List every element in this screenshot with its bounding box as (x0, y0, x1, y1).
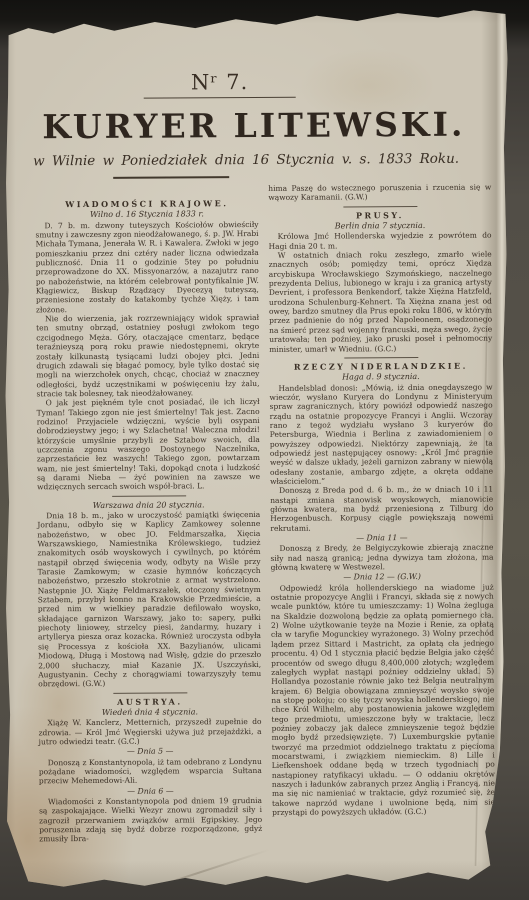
newspaper-title: KURYER LITEWSKI. (3, 104, 507, 146)
masthead: Nʳ 7. KURYER LITEWSKI. w Wilnie w Ponied… (3, 68, 507, 179)
issue-number: Nʳ 7. (3, 69, 473, 96)
article-dateline: Wiedeń dnia 4 stycznia. (38, 707, 261, 718)
article-paragraph: W ostatnich dniach roku zeszłego, zmarło… (269, 250, 493, 354)
article-paragraph: Donoszą z Konstantynopola, iż tam odebra… (39, 757, 262, 786)
article-paragraph: Handelsblad donosi: „Mówią, iż dnia oneg… (269, 382, 493, 486)
newspaper-page: Nʳ 7. KURYER LITEWSKI. w Wilnie w Ponied… (3, 6, 509, 892)
article-paragraph: Xiążę W. Kanclerz, Metternich, przyszedł… (39, 717, 262, 746)
article-paragraph: Donoszą z Breda pod d. 6 b. m., że w dni… (270, 485, 493, 533)
article-paragraph: D. 7 b. m. dzwony tuteyszych Kościołów o… (35, 220, 259, 315)
article-dateline: Warszawa dnia 20 stycznia. (37, 500, 260, 511)
section-heading: RZECZY NIDERLANDZKIE. (269, 361, 492, 372)
section-heading: PRUSY. (268, 210, 491, 221)
article-columns: WIADOMOŚCI KRAJOWE.Wilno d. 16 Stycznia … (3, 176, 509, 875)
section-divider (112, 495, 186, 496)
left-column: WIADOMOŚCI KRAJOWE.Wilno d. 16 Stycznia … (35, 184, 262, 875)
section-divider (344, 357, 418, 358)
section-divider (113, 692, 187, 693)
section-divider (343, 206, 417, 207)
article-paragraph: Odpowiedź króla hollenderskiego na wiado… (271, 582, 495, 817)
day-subheading: — Dnia 11 — (270, 533, 493, 544)
section-heading: WIADOMOŚCI KRAJOWE. (35, 199, 258, 210)
article-paragraph: Nie do wierzenia, jak rozrzewniający wid… (36, 313, 260, 398)
section-heading: AUSTRYA. (38, 697, 261, 708)
article-paragraph: Donoszą z Bredy, że Belgiyczykowie zbier… (270, 543, 493, 572)
article-paragraph: Wiadomości z Konstantynopola pod dniem 1… (39, 796, 262, 844)
article-paragraph: O jak jest piękném tyle cnot posiadać, i… (37, 397, 261, 492)
article-dateline: Wilno d. 16 Stycznia 1833 r. (35, 209, 258, 220)
day-subheading: — Dnia 12 — (G.W.) (271, 572, 494, 583)
day-subheading: — Dnia 5 — (39, 746, 262, 757)
publication-dateline: w Wilnie w Poniedziałek dnia 16 Stycznia… (3, 151, 499, 170)
article-paragraph: Dnia 18 b. m., jako w uroczystość pamiąt… (37, 510, 261, 689)
issue-divider (144, 97, 296, 99)
article-dateline: Haga d. 9 stycznia. (269, 372, 492, 383)
right-column: hima Paszę do wstecznego poruszenia i rz… (268, 183, 495, 874)
article-dateline: Berlin dnia 7 stycznia. (268, 221, 491, 232)
article-paragraph: Królowa Jmć Hollenderska wyjedzie z powr… (269, 231, 492, 251)
article-paragraph: hima Paszę do wstecznego poruszenia i rz… (268, 183, 491, 203)
scan-background: Nʳ 7. KURYER LITEWSKI. w Wilnie w Ponied… (0, 0, 529, 900)
day-subheading: — Dnia 6 — (39, 786, 262, 797)
page-content: Nʳ 7. KURYER LITEWSKI. w Wilnie w Ponied… (3, 68, 509, 875)
